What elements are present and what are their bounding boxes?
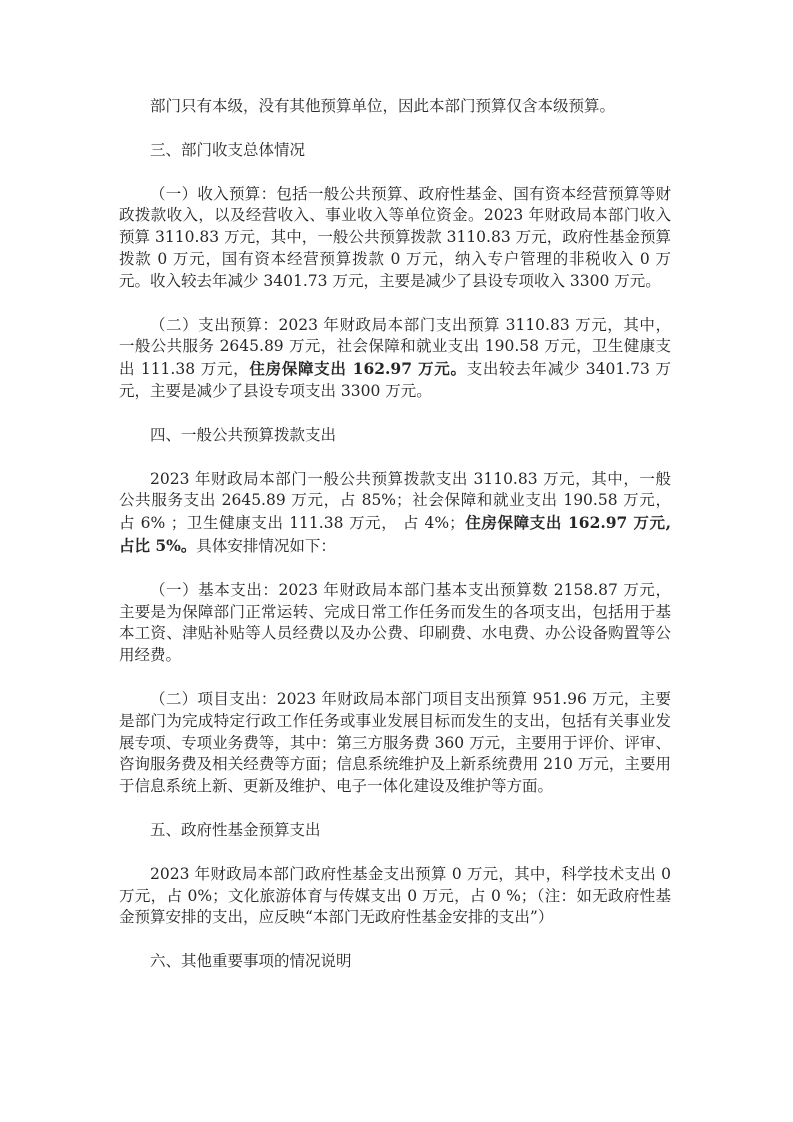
income-budget-paragraph: （一）收入预算：包括一般公共预算、政府性基金、国有资本经营预算等财政拨款收入，以… [119, 184, 671, 293]
public-budget-overview-paragraph: 2023 年财政局本部门一般公共预算拨款支出 3110.83 万元，其中，一般公… [119, 469, 671, 558]
section-5-heading: 五、政府性基金预算支出 [119, 820, 671, 842]
section-3-heading: 三、部门收支总体情况 [119, 140, 671, 162]
government-fund-paragraph: 2023 年财政局本部门政府性基金支出预算 0 万元，其中，科学技术支出 0 万… [119, 864, 671, 929]
intro-paragraph: 部门只有本级，没有其他预算单位，因此本部门预算仅含本级预算。 [119, 96, 671, 118]
basic-expense-paragraph: （一）基本支出：2023 年财政局本部门基本支出预算数 2158.87 万元，主… [119, 580, 671, 667]
section-6-heading: 六、其他重要事项的情况说明 [119, 951, 671, 973]
document-content: 部门只有本级，没有其他预算单位，因此本部门预算仅含本级预算。 三、部门收支总体情… [119, 96, 671, 995]
project-expense-paragraph: （二）项目支出：2023 年财政局本部门项目支出预算 951.96 万元，主要是… [119, 689, 671, 798]
document-page: 部门只有本级，没有其他预算单位，因此本部门预算仅含本级预算。 三、部门收支总体情… [0, 0, 793, 1122]
public-budget-run-3: 具体安排情况如下： [196, 537, 336, 555]
expense-budget-paragraph: （二）支出预算：2023 年财政局本部门支出预算 3110.83 万元，其中，一… [119, 315, 671, 403]
section-4-heading: 四、一般公共预算拨款支出 [119, 425, 671, 447]
expense-budget-run-2-bold: 住房保障支出 162.97 万元。 [249, 359, 466, 378]
